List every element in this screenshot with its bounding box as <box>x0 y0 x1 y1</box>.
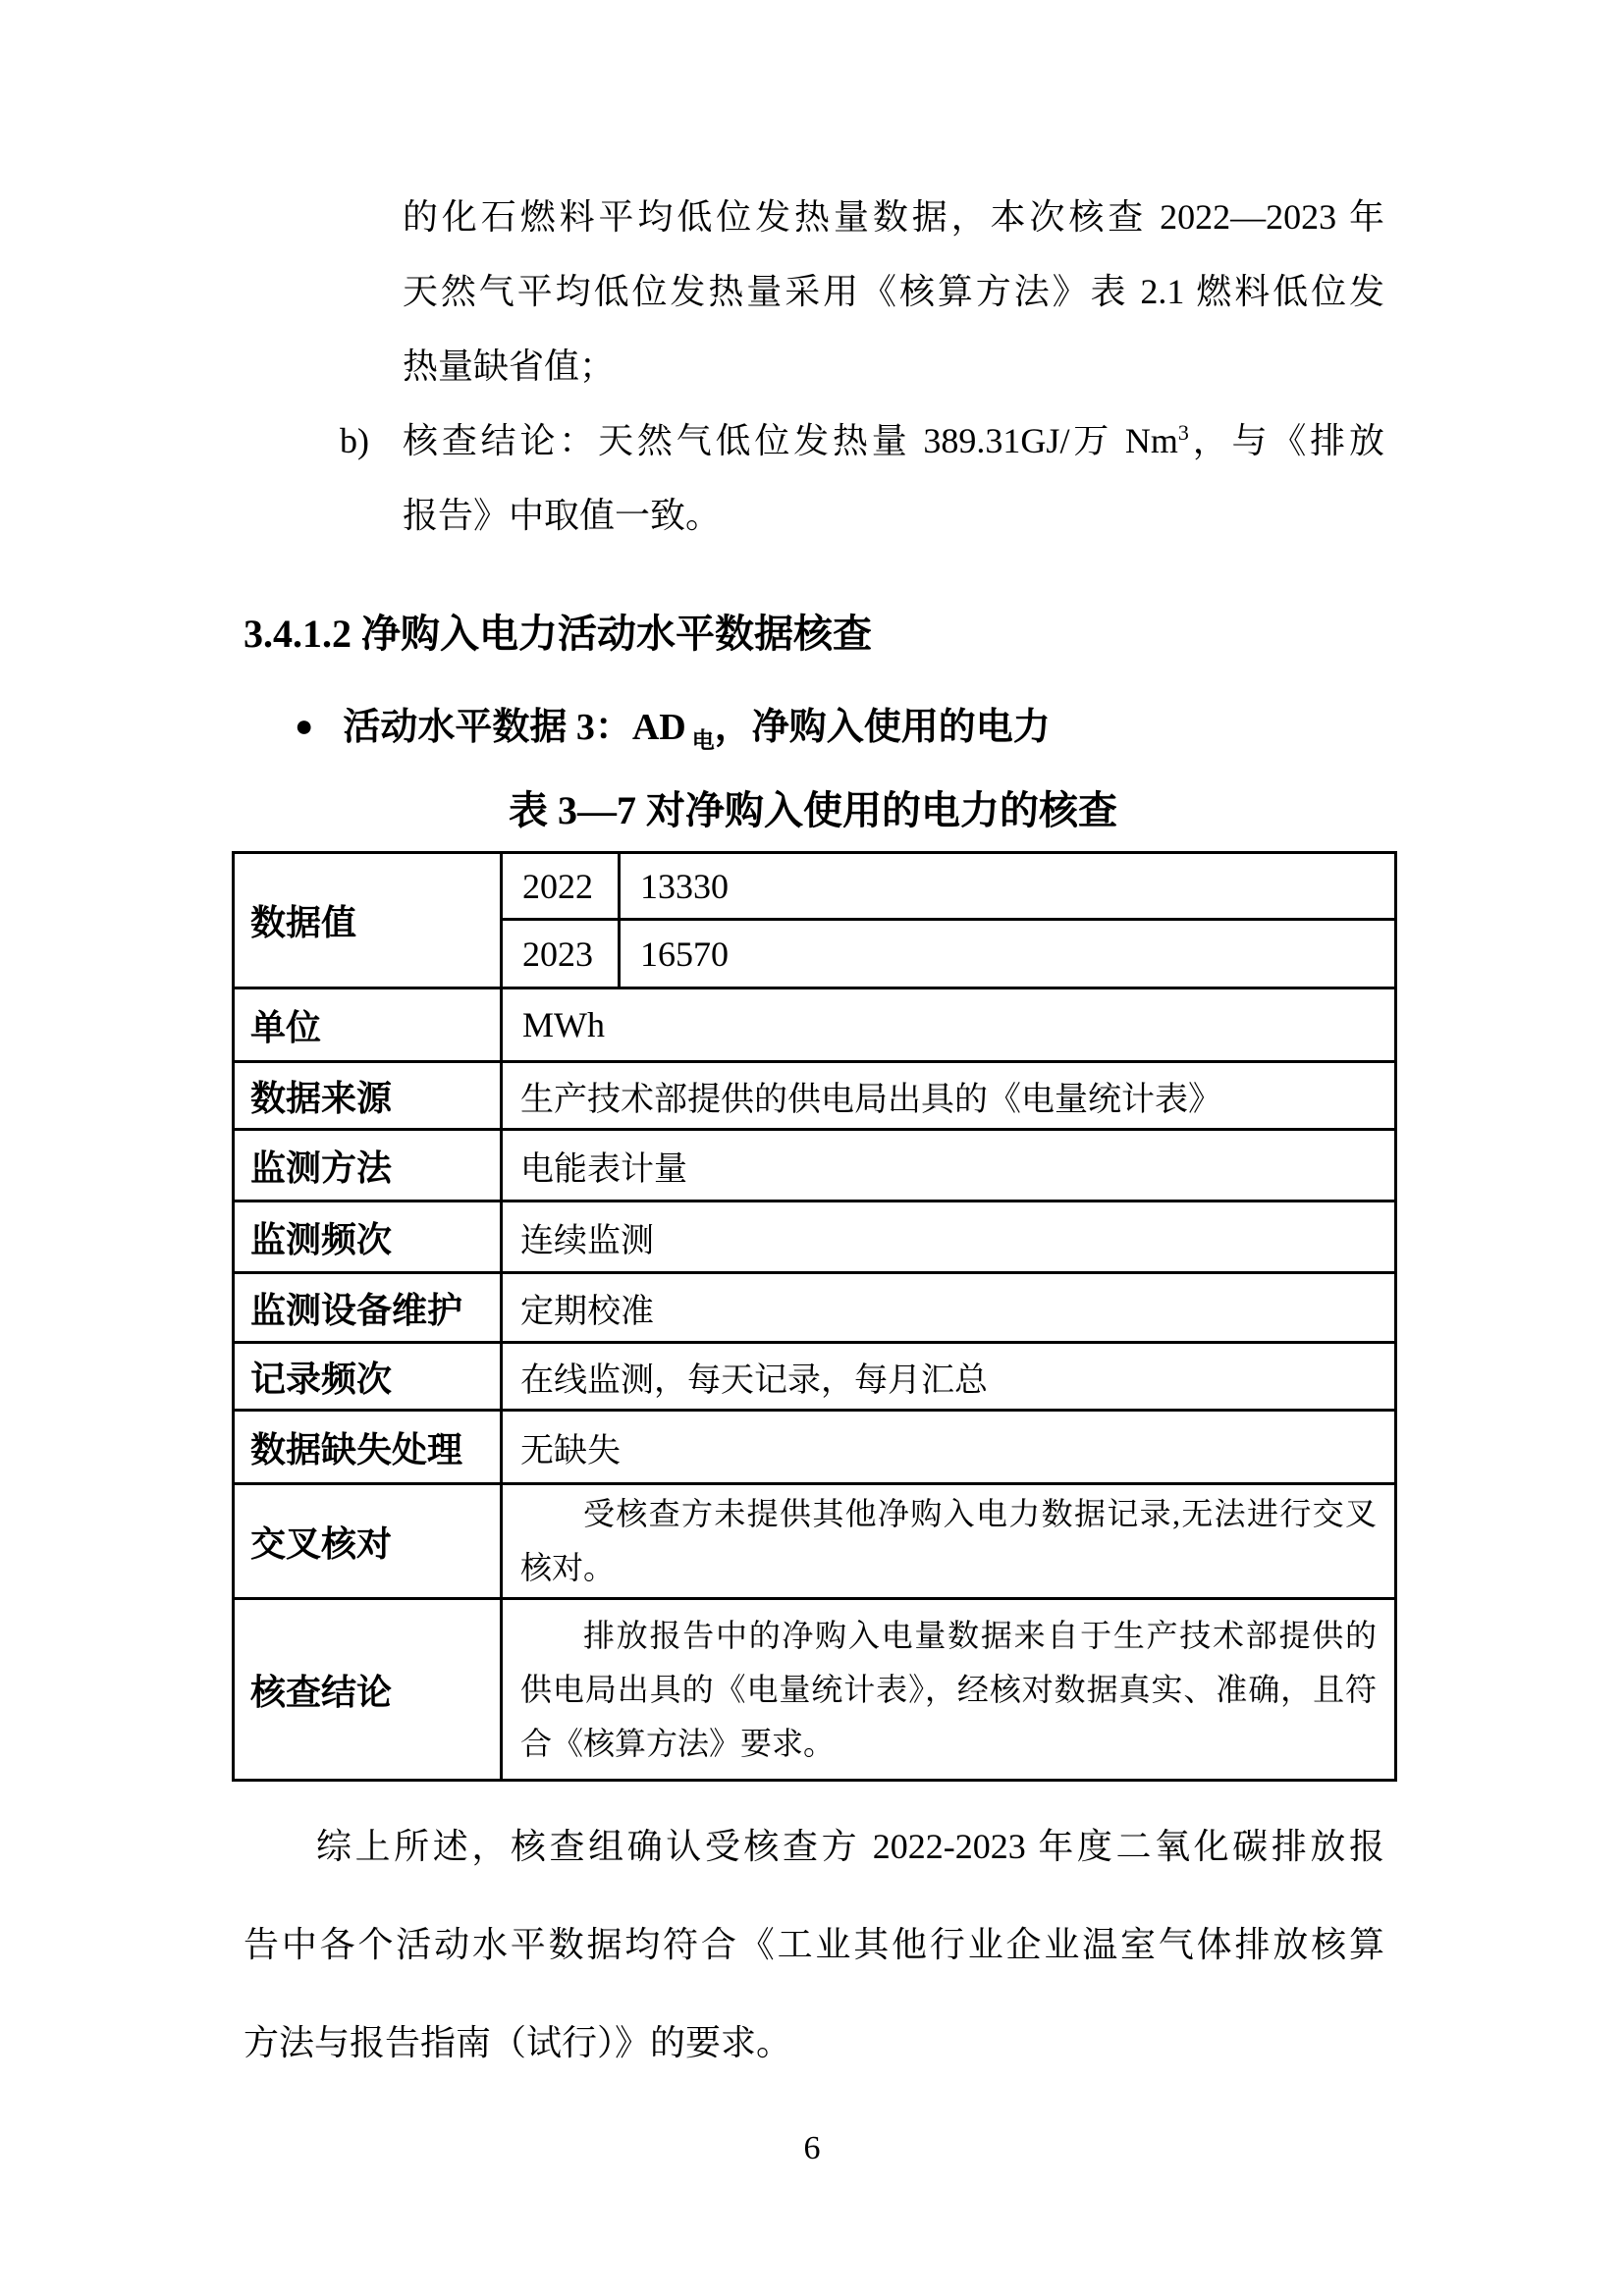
value-cell: 定期校准 <box>502 1273 1396 1343</box>
year-cell: 2022 <box>502 853 620 920</box>
value-cell: MWh <box>502 988 1396 1062</box>
page-content: 的化石燃料平均低位发热量数据，本次核查 2022—2023 年 天然气平均低位发… <box>0 0 1624 2092</box>
paragraph-line: 天然气平均低位发热量采用《核算方法》表 2.1 燃料低位发 <box>403 254 1384 329</box>
value-cell: 受核查方未提供其他净购入电力数据记录,无法进行交叉 核对。 <box>502 1484 1396 1599</box>
paragraph-line: 热量缺省值； <box>403 329 1384 403</box>
value-cell: 13330 <box>620 853 1396 920</box>
row-label-record-frequency: 记录频次 <box>234 1343 502 1411</box>
cell-line: 合《核算方法》要求。 <box>520 1717 1377 1771</box>
row-label-verification-conclusion: 核查结论 <box>234 1599 502 1781</box>
row-label-data-source: 数据来源 <box>234 1062 502 1130</box>
table-row: 监测频次 连续监测 <box>234 1201 1396 1273</box>
verification-table: 数据值 2022 13330 2023 16570 单位 MWh 数据来源 生产… <box>232 851 1397 1782</box>
value-cell: 电能表计量 <box>502 1130 1396 1201</box>
cell-line: 受核查方未提供其他净购入电力数据记录,无法进行交叉 <box>520 1487 1377 1541</box>
cell-line: 核对。 <box>520 1541 1377 1595</box>
value-cell: 排放报告中的净购入电量数据来自于生产技术部提供的 供电局出具的《电量统计表》，经… <box>502 1599 1396 1781</box>
item-b-text: 核查结论：天然气低位发热量 389.31GJ/万 Nm <box>403 421 1178 460</box>
row-label-unit: 单位 <box>234 988 502 1062</box>
subscript-dian: 电 <box>692 728 715 753</box>
page-number: 6 <box>0 2130 1624 2167</box>
list-item-b-marker: b) <box>340 403 369 478</box>
row-label-data-value: 数据值 <box>234 853 502 988</box>
value-cell: 16570 <box>620 920 1396 988</box>
paragraph-line: 的化石燃料平均低位发热量数据，本次核查 2022—2023 年 <box>403 180 1384 254</box>
table-row: 监测方法 电能表计量 <box>234 1130 1396 1201</box>
paragraph-line: 方法与报告指南（试行）》的要求。 <box>244 1994 1384 2092</box>
table-row: 记录频次 在线监测，每天记录，每月汇总 <box>234 1343 1396 1411</box>
bullet-text: ，净购入使用的电力 <box>715 707 1051 748</box>
bullet-text: 活动水平数据 3：AD <box>343 707 685 748</box>
row-label-monitoring-frequency: 监测频次 <box>234 1201 502 1273</box>
table-caption: 表 3—7 对净购入使用的电力的核查 <box>232 786 1394 835</box>
superscript-3: 3 <box>1178 420 1189 445</box>
row-label-missing-data: 数据缺失处理 <box>234 1411 502 1484</box>
section-heading: 3.4.1.2 净购入电力活动水平数据核查 <box>244 608 1384 661</box>
value-cell: 生产技术部提供的供电局出具的《电量统计表》 <box>502 1062 1396 1130</box>
row-label-monitoring-method: 监测方法 <box>234 1130 502 1201</box>
table-row: 监测设备维护 定期校准 <box>234 1273 1396 1343</box>
table-row: 单位 MWh <box>234 988 1396 1062</box>
bullet-activity-data: ●活动水平数据 3：AD电，净购入使用的电力 <box>295 700 1384 753</box>
table-row: 核查结论 排放报告中的净购入电量数据来自于生产技术部提供的 供电局出具的《电量统… <box>234 1599 1396 1781</box>
bullet-icon: ● <box>295 700 313 751</box>
value-cell: 连续监测 <box>502 1201 1396 1273</box>
document-page: { "intro": { "lines": [ "的化石燃料平均低位发热量数据，… <box>0 0 1624 2296</box>
value-cell: 无缺失 <box>502 1411 1396 1484</box>
summary-paragraph: 综上所述，核查组确认受核查方 2022-2023 年度二氧化碳排放报 告中各个活… <box>244 1797 1384 2092</box>
cell-line: 供电局出具的《电量统计表》，经核对数据真实、准确，且符 <box>520 1663 1377 1717</box>
paragraph-line: 核查结论：天然气低位发热量 389.31GJ/万 Nm3，与《排放 <box>403 403 1384 478</box>
paragraph-line: 报告》中取值一致。 <box>403 478 1384 553</box>
table-row: 数据值 2022 13330 <box>234 853 1396 920</box>
list-item-b: b) 核查结论：天然气低位发热量 389.31GJ/万 Nm3，与《排放 报告》… <box>403 403 1384 553</box>
row-label-cross-check: 交叉核对 <box>234 1484 502 1599</box>
year-cell: 2023 <box>502 920 620 988</box>
paragraph-fuel-heating-value: 的化石燃料平均低位发热量数据，本次核查 2022—2023 年 天然气平均低位发… <box>403 180 1384 403</box>
table-row: 数据来源 生产技术部提供的供电局出具的《电量统计表》 <box>234 1062 1396 1130</box>
item-b-text: ，与《排放 <box>1189 421 1384 460</box>
paragraph-line: 综上所述，核查组确认受核查方 2022-2023 年度二氧化碳排放报 <box>244 1797 1384 1896</box>
paragraph-line: 告中各个活动水平数据均符合《工业其他行业企业温室气体排放核算 <box>244 1896 1384 1994</box>
row-label-equipment-maintenance: 监测设备维护 <box>234 1273 502 1343</box>
value-cell: 在线监测，每天记录，每月汇总 <box>502 1343 1396 1411</box>
table-row: 交叉核对 受核查方未提供其他净购入电力数据记录,无法进行交叉 核对。 <box>234 1484 1396 1599</box>
cell-line: 排放报告中的净购入电量数据来自于生产技术部提供的 <box>520 1609 1377 1663</box>
table-row: 数据缺失处理 无缺失 <box>234 1411 1396 1484</box>
